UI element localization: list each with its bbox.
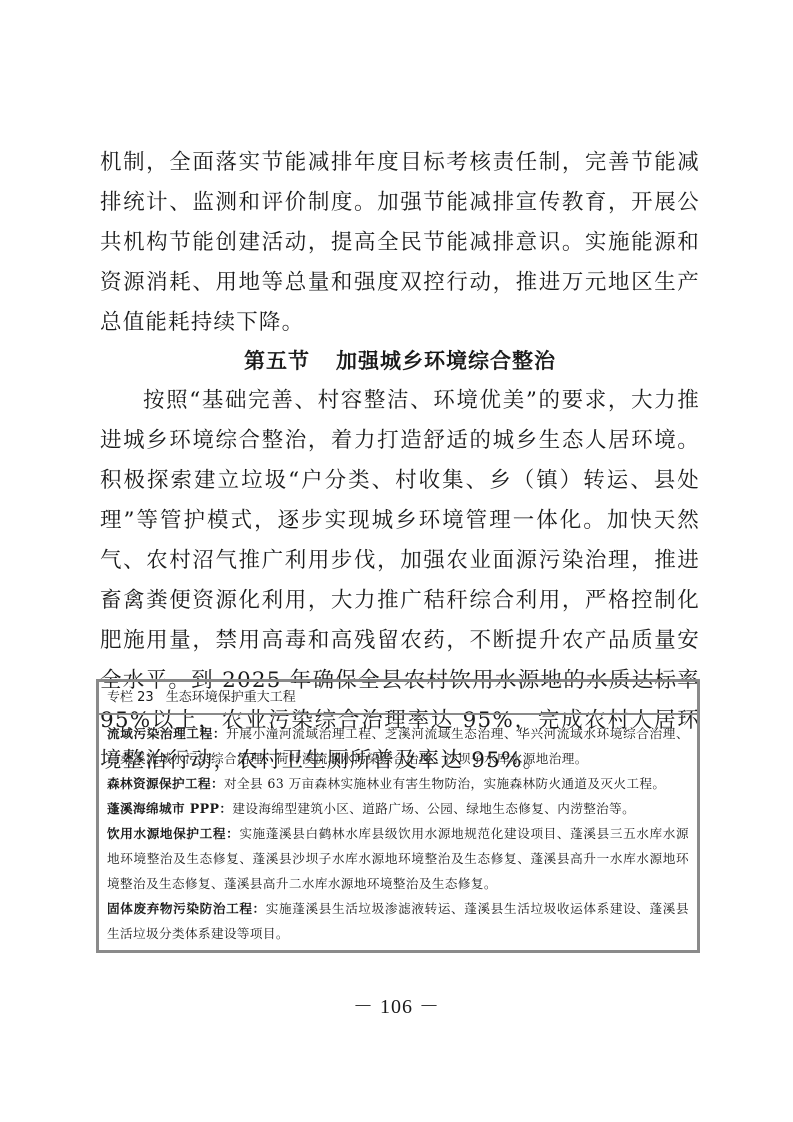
column-title: 生态环境保护重大工程 bbox=[166, 690, 296, 705]
project-label: 饮用水源地保护工程： bbox=[107, 826, 239, 841]
project-item: 饮用水源地保护工程：实施蓬溪县白鹤林水库县级饮用水源地规范化建设项目、蓬溪县三五… bbox=[107, 821, 689, 896]
body-paragraph: 机制，全面落实节能减排年度目标考核责任制，完善节能减排统计、监测和评价制度。加强… bbox=[100, 143, 700, 343]
project-text: 对全县 63 万亩森林实施林业有害生物防治，实施森林防火通道及灭火工程。 bbox=[224, 776, 665, 791]
project-item: 森林资源保护工程：对全县 63 万亩森林实施林业有害生物防治，实施森林防火通道及… bbox=[107, 771, 689, 796]
project-label: 流域污染治理工程： bbox=[107, 726, 226, 741]
column-box: 专栏 23生态环境保护重大工程 流域污染治理工程：开展小潼河流域治理工程、芝溪河… bbox=[96, 679, 700, 953]
project-item: 固体废弃物污染防治工程：实施蓬溪县生活垃圾渗滤液转运、蓬溪县生活垃圾收运体系建设… bbox=[107, 896, 689, 946]
section-number: 第五节 bbox=[244, 349, 310, 373]
project-item: 流域污染治理工程：开展小潼河流域治理工程、芝溪河流域生态治理、华兴河流域水环境综… bbox=[107, 721, 689, 771]
project-label: 固体废弃物污染防治工程： bbox=[107, 901, 266, 916]
project-text: 建设海绵型建筑小区、道路广场、公园、绿地生态修复、内涝整治等。 bbox=[232, 801, 635, 816]
column-box-body: 流域污染治理工程：开展小潼河流域治理工程、芝溪河流域生态治理、华兴河流域水环境综… bbox=[99, 715, 697, 950]
page-number: － 106 － bbox=[0, 990, 793, 1019]
project-item: 蓬溪海绵城市 PPP：建设海绵型建筑小区、道路广场、公园、绿地生态修复、内涝整治… bbox=[107, 796, 689, 821]
project-label: 蓬溪海绵城市 PPP： bbox=[107, 801, 232, 816]
column-number: 专栏 23 bbox=[107, 690, 154, 705]
section-title: 加强城乡环境综合整治 bbox=[336, 349, 556, 373]
column-box-header: 专栏 23生态环境保护重大工程 bbox=[99, 682, 697, 715]
project-label: 森林资源保护工程： bbox=[107, 776, 224, 791]
section-heading: 第五节加强城乡环境综合整治 bbox=[100, 343, 700, 381]
